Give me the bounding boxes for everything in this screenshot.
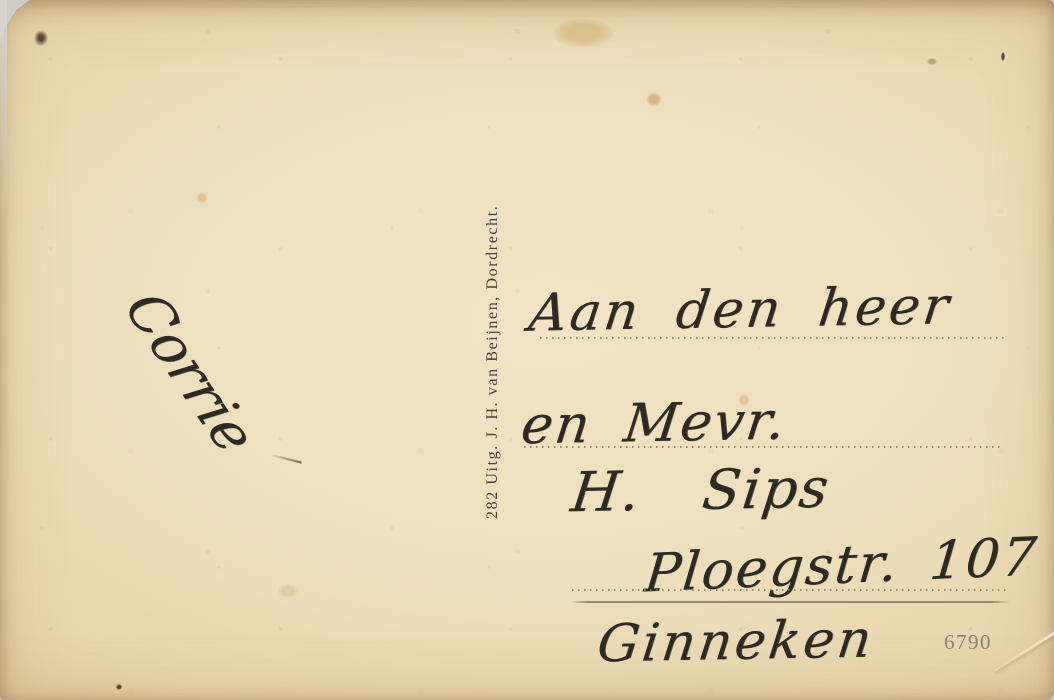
card-edge (0, 0, 7, 220)
pen-flourish (272, 454, 302, 463)
address-ruled-line-3-solid (570, 601, 1010, 603)
address-line-street: Ploegstr. 107 (642, 527, 1041, 605)
address-line-recipient: Aan den heer (526, 276, 955, 343)
stain (552, 18, 614, 48)
postcard: 282 Uitg. J. H. van Beijnen, Dordrecht. … (0, 0, 1054, 700)
address-line-and-mrs: en Mevr. (518, 391, 790, 457)
sender-signature: Corrie (110, 282, 269, 463)
address-line-name: H. Sips (568, 456, 834, 524)
stain (278, 584, 298, 598)
stain (1001, 52, 1005, 61)
stain (116, 684, 122, 690)
postcard-scan: 282 Uitg. J. H. van Beijnen, Dordrecht. … (0, 0, 1054, 700)
serial-number: 6790 (944, 630, 992, 655)
stain (646, 92, 662, 107)
stain (927, 58, 937, 65)
address-line-town: Ginneken (594, 610, 878, 675)
stain (34, 30, 48, 46)
stain (196, 192, 208, 204)
publisher-imprint: 282 Uitg. J. H. van Beijnen, Dordrecht. (478, 182, 508, 542)
corner-crease (993, 627, 1054, 672)
